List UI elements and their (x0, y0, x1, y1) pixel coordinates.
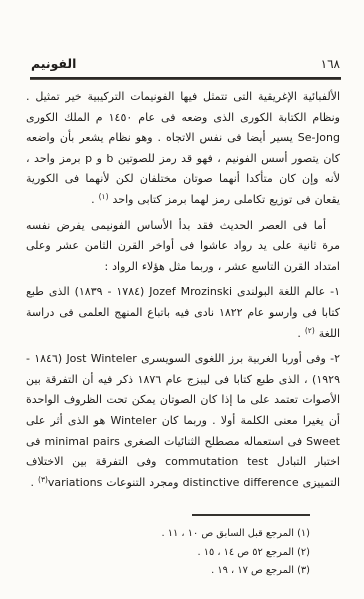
list-item-2: ٢- وفى أوربا الغربية برز اللغوى السويسرى… (26, 349, 340, 493)
footnote-1: (١) المرجع قبل السابق ص ١٠ ، ١١ . (26, 525, 310, 544)
paragraph-2-text: أما فى العصر الحديث فقد بدأ الأساس الفون… (26, 219, 340, 273)
header-rule (30, 77, 341, 80)
list-item-1: ١- عالم اللغة البولندى Jozef Mrozinski (… (26, 282, 340, 344)
footnote-marker-3: (٣) (38, 475, 48, 484)
page-body: الألفبائية الإغريقية التى تتمثل فيها الف… (26, 87, 340, 581)
list-item-2-text: ٢- وفى أوربا الغربية برز اللغوى السويسرى… (26, 352, 340, 489)
list-item-1-end: . (297, 327, 305, 340)
paragraph-2: أما فى العصر الحديث فقد بدأ الأساس الفون… (26, 216, 340, 278)
footnote-2: (٢) المرجع ٥٢ ص ١٤ ، ١٥ . (26, 544, 310, 563)
list-item-2-end: . (31, 476, 39, 489)
page-number: ١٦٨ (321, 57, 340, 71)
footnote-separator (192, 514, 310, 516)
footnote-marker-1: (١) (99, 192, 109, 201)
footnotes: (١) المرجع قبل السابق ص ١٠ ، ١١ . (٢) ال… (26, 525, 310, 581)
running-header: الفونيم ١٦٨ (31, 56, 340, 71)
book-page: الفونيم ١٦٨ الألفبائية الإغريقية التى تت… (0, 0, 364, 599)
footnote-3: (٣) المرجع ص ١٧ ، ١٩ . (26, 562, 310, 581)
paragraph-1-end: . (91, 193, 99, 206)
list-item-1-text: ١- عالم اللغة البولندى Jozef Mrozinski (… (26, 285, 340, 339)
pioneers-list: ١- عالم اللغة البولندى Jozef Mrozinski (… (26, 282, 340, 493)
paragraph-1: الألفبائية الإغريقية التى تتمثل فيها الف… (26, 87, 340, 211)
running-title: الفونيم (31, 56, 76, 71)
paragraph-1-text: الألفبائية الإغريقية التى تتمثل فيها الف… (26, 90, 340, 206)
footnote-marker-2: (٢) (305, 326, 315, 335)
